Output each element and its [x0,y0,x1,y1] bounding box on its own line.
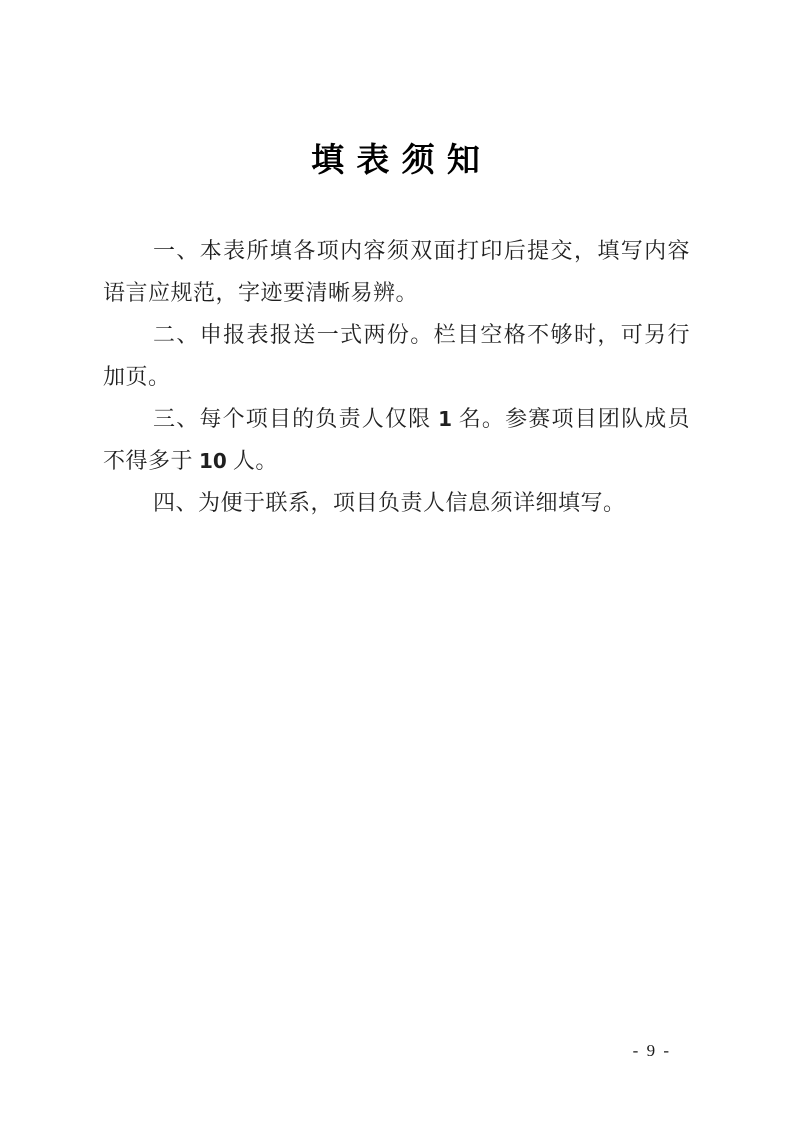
instruction-4-text: 四、为便于联系，项目负责人信息须详细填写。 [153,490,626,515]
page-number: - 9 - [633,1040,671,1062]
instruction-1-text: 一、本表所填各项内容须双面打印后提交，填写内容语言应规范，字迹要清晰易辨。 [103,238,690,305]
instruction-3-number-10: 10 [199,449,227,473]
instruction-item-4: 四、为便于联系，项目负责人信息须详细填写。 [103,482,690,524]
instruction-3-text-a: 三、每个项目的负责人仅限 [153,406,438,431]
page-title: 填 表 须 知 [0,141,793,181]
instruction-2-text: 二、申报表报送一式两份。栏目空格不够时，可另行加页。 [103,322,690,389]
instruction-item-3: 三、每个项目的负责人仅限 1 名。参赛项目团队成员不得多于 10 人。 [103,398,690,482]
instruction-3-number-1: 1 [438,407,452,431]
instruction-item-2: 二、申报表报送一式两份。栏目空格不够时，可另行加页。 [103,314,690,398]
document-page: 填 表 须 知 一、本表所填各项内容须双面打印后提交，填写内容语言应规范，字迹要… [0,0,793,1122]
notice-body: 一、本表所填各项内容须双面打印后提交，填写内容语言应规范，字迹要清晰易辨。 二、… [103,230,690,524]
instruction-item-1: 一、本表所填各项内容须双面打印后提交，填写内容语言应规范，字迹要清晰易辨。 [103,230,690,314]
instruction-3-text-c: 人。 [227,448,278,473]
